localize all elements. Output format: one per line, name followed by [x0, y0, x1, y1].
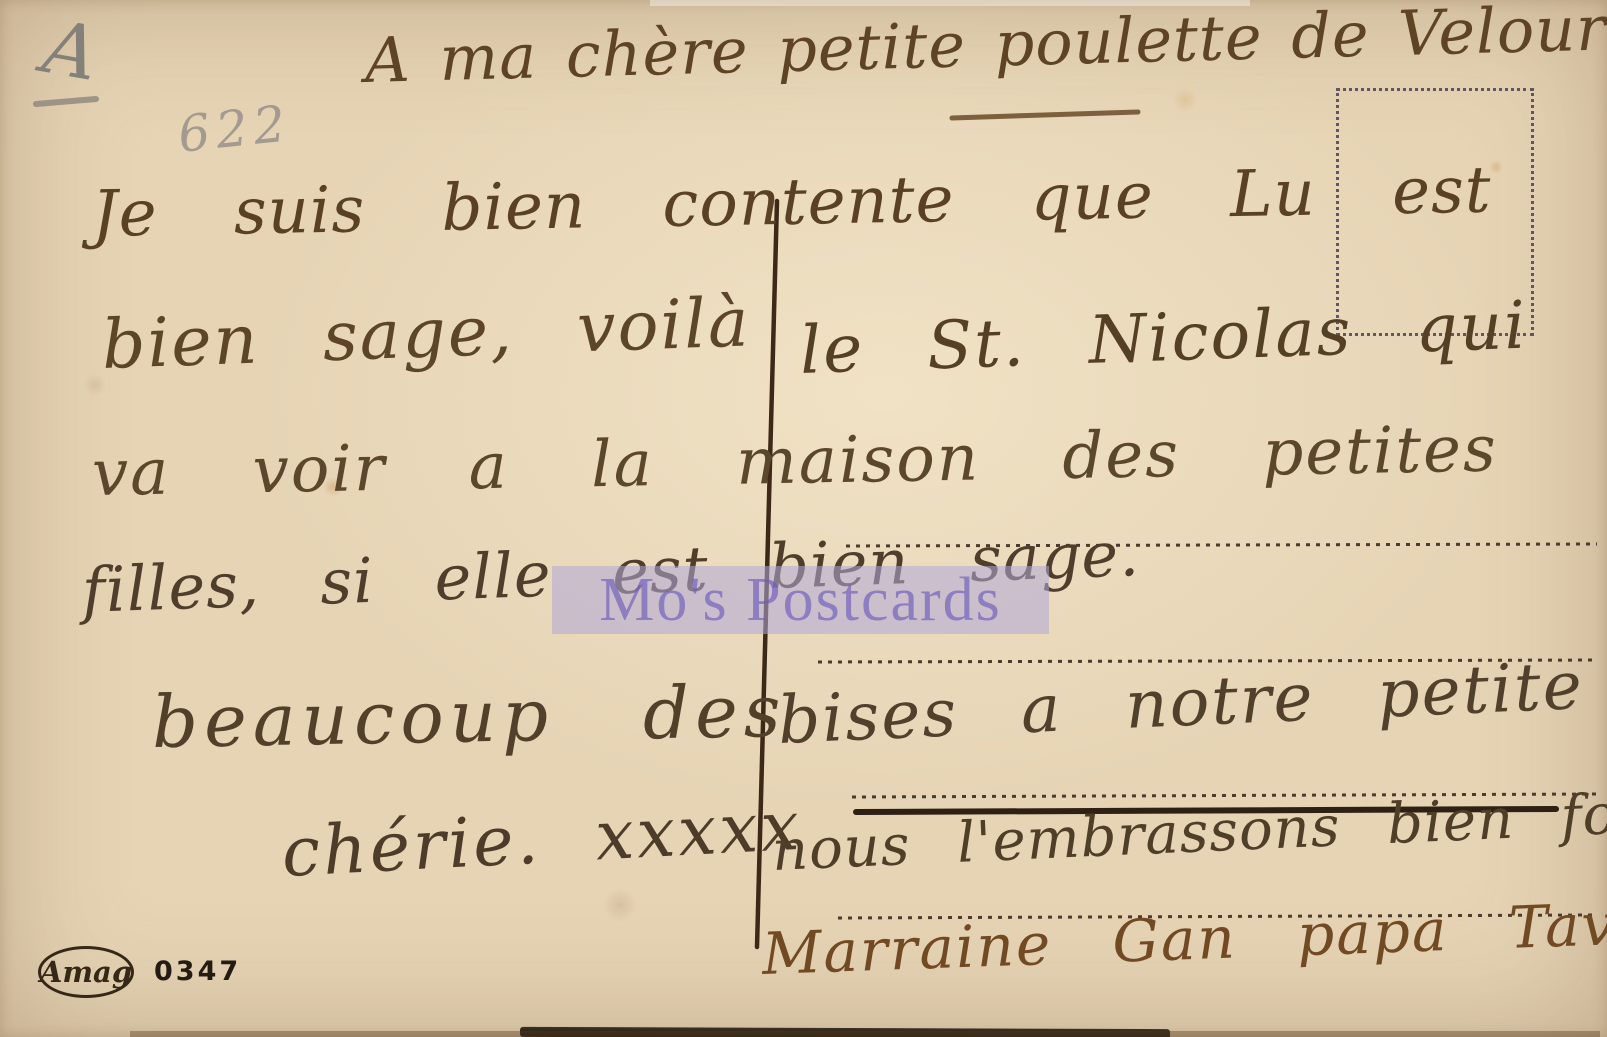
card-top-edge-highlight [650, 0, 1250, 6]
handwritten-message: A ma chère petite poulette de VelourJe s… [0, 0, 1607, 1037]
message-line: va voir a la maison des petites [91, 417, 1498, 506]
publisher-logo: Amag [38, 946, 134, 998]
card-bottom-edge [130, 1031, 1600, 1037]
publisher-serial-number: 0347 [154, 958, 241, 985]
message-line: beaucoup des [151, 675, 787, 758]
message-line: nous l'embrassons bien fort [771, 785, 1607, 880]
message-line: A ma chère petite poulette de Velour [364, 0, 1607, 92]
publisher-logo-text: Amag [40, 958, 132, 987]
message-line: chérie. xxxxx [280, 793, 803, 888]
message-line: bien sage, voilà [101, 289, 752, 380]
watermark-text: Mo's Postcards [599, 569, 1002, 631]
message-line: Je suis bien contente que Lu est [91, 159, 1492, 247]
message-line: bises a notre petite [777, 653, 1585, 754]
postcard-back: A 622 A ma chère petite poulette de Velo… [0, 0, 1607, 1037]
message-line: Marraine Gan papa Tave. [761, 893, 1607, 983]
message-line: le St. Nicolas qui [799, 293, 1528, 384]
watermark-band: Mo's Postcards [552, 566, 1049, 634]
